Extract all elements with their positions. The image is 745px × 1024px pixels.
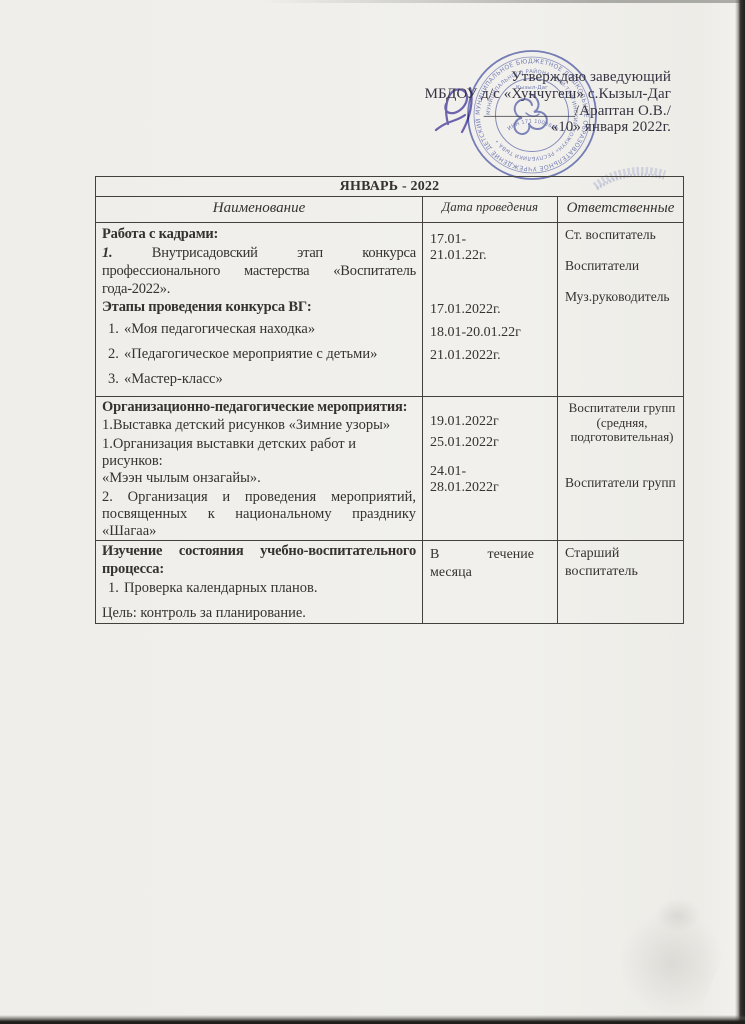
responsible-value: Воспитатели групп	[565, 475, 679, 491]
section-heading: Работа с кадрами:	[102, 225, 416, 243]
activity-item: 1. Внутрисадовский этап конкурса професс…	[102, 244, 416, 298]
date-value: 19.01.2022г	[430, 414, 552, 430]
activity-item: 1.Организация выставки детских работ и р…	[102, 436, 416, 487]
column-header-responsible: Ответственные	[558, 197, 684, 223]
date-value: 17.01- 21.01.22г.	[430, 232, 552, 264]
subsection-heading: Этапы проведения конкурса ВГ:	[102, 298, 416, 316]
responsible-value: Воспитатели	[565, 258, 679, 274]
approval-block: Утверждаю заведующий МБДОУ д/с «Хунчугеш…	[425, 69, 671, 136]
approval-signature-line: ____________/Араптан О.В./	[425, 103, 671, 120]
date-value: В течение месяца	[430, 546, 534, 581]
list-item: 3.«Мастер-класс»	[102, 371, 416, 388]
responsible-value: Старший воспитатель	[565, 545, 661, 580]
cell-dates-staff: 17.01- 21.01.22г. 17.01.2022г. 18.01-20.…	[423, 223, 558, 397]
column-header-name: Наименование	[96, 197, 423, 223]
cell-dates-org: 19.01.2022г 25.01.2022г 24.01- 28.01.202…	[423, 397, 558, 541]
signature-blank-line: ____________	[484, 103, 575, 119]
list-item: 1.«Моя педагогическая находка»	[102, 321, 416, 338]
contest-stage-list: 1.«Моя педагогическая находка» 2.«Педаго…	[102, 321, 416, 388]
cell-activities-study: Изучение состояния учебно-воспитательног…	[96, 541, 423, 624]
date-value: 21.01.2022г.	[430, 348, 552, 364]
responsible-value: Муз.руководитель	[565, 289, 679, 305]
approval-date: «10» января 2022г.	[425, 119, 671, 136]
approver-name: /Араптан О.В./	[575, 103, 671, 119]
approval-line-2: МБДОУ д/с «Хунчугеш» с.Кызыл-Даг	[425, 86, 671, 103]
cell-responsible-staff: Ст. воспитатель Воспитатели Муз.руководи…	[558, 223, 684, 397]
cell-responsible-org: Воспитатели групп (средняя, подготовител…	[558, 397, 684, 541]
list-item: 1.Проверка календарных планов.	[102, 580, 416, 597]
date-value: 17.01.2022г.	[430, 302, 552, 318]
scan-edge-bottom	[0, 1015, 745, 1024]
row-study-process: Изучение состояния учебно-воспитательног…	[96, 541, 684, 624]
section-heading: Изучение состояния учебно-воспитательног…	[102, 543, 416, 578]
date-value: 25.01.2022г	[430, 435, 552, 451]
goal-line: Цель: контроль за планирование.	[102, 605, 416, 623]
cell-activities-org: Организационно-педагогические мероприяти…	[96, 397, 423, 541]
date-value: 24.01- 28.01.2022г	[430, 464, 552, 496]
column-header-date: Дата проведения	[423, 197, 558, 223]
section-heading: Организационно-педагогические мероприяти…	[102, 399, 416, 416]
cell-dates-study: В течение месяца	[423, 541, 558, 624]
scan-edge-top	[0, 0, 745, 3]
approval-line-1: Утверждаю заведующий	[425, 69, 671, 86]
table-title-month: ЯНВАРЬ - 2022	[96, 177, 684, 197]
cell-responsible-study: Старший воспитатель	[558, 541, 684, 624]
paper-wrinkle	[600, 891, 734, 1024]
activity-item: 2. Организация и проведения мероприятий,…	[102, 489, 416, 540]
list-item: 2.«Педагогическое мероприятие с детьми»	[102, 346, 416, 363]
activity-item: 1.Выставка детский рисунков «Зимние узор…	[102, 417, 416, 434]
responsible-value: Воспитатели групп (средняя, подготовител…	[565, 401, 679, 445]
scan-edge-right	[735, 0, 745, 1024]
responsible-value: Ст. воспитатель	[565, 227, 679, 243]
cell-activities-staff: Работа с кадрами: 1. Внутрисадовский эта…	[96, 223, 423, 397]
row-work-with-staff: Работа с кадрами: 1. Внутрисадовский эта…	[96, 223, 684, 397]
plan-table: ЯНВАРЬ - 2022 Наименование Дата проведен…	[95, 176, 684, 624]
date-value: 18.01-20.01.22г	[430, 325, 552, 341]
scanned-document-page: МУНИЦИПАЛЬНОЕ БЮДЖЕТНОЕ ДОШКОЛЬНОЕ ОБРАЗ…	[0, 0, 745, 1024]
row-org-pedagogical: Организационно-педагогические мероприяти…	[96, 397, 684, 541]
